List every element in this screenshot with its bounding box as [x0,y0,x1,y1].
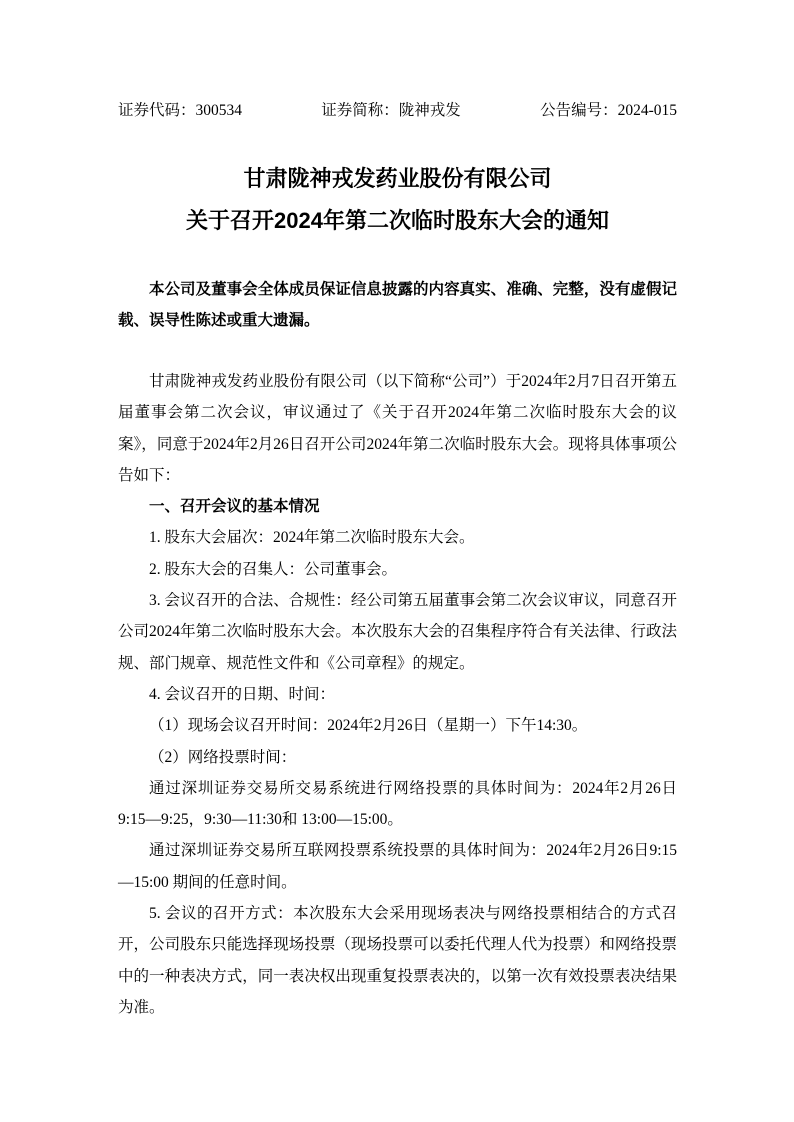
disclaimer-paragraph: 本公司及董事会全体成员保证信息披露的内容真实、准确、完整，没有虚假记载、误导性陈… [118,274,677,337]
company-name-title-line: 甘肃陇神戎发药业股份有限公司 [118,158,677,200]
item-4-1-onsite-meeting-time: （1）现场会议召开时间：2024年2月26日（星期一）下午14:30。 [118,710,677,741]
document-header: 证券代码：300534 证券简称：陇神戎发 公告编号：2024-015 [118,100,677,122]
item-1-meeting-session: 1. 股东大会届次：2024年第二次临时股东大会。 [118,522,677,553]
section-1-heading: 一、召开会议的基本情况 [118,491,677,522]
document-title: 甘肃陇神戎发药业股份有限公司 关于召开2024年第二次临时股东大会的通知 [118,158,677,242]
item-4-2-trading-system-time: 通过深圳证券交易所交易系统进行网络投票的具体时间为：2024年2月26日9:15… [118,773,677,836]
stock-code-label: 证券代码：300534 [118,100,242,122]
stock-name-label: 证券简称：陇神戎发 [321,100,461,122]
intro-paragraph: 甘肃陇神戎发药业股份有限公司（以下简称“公司”）于2024年2月7日召开第五届董… [118,366,677,491]
item-4-2-online-voting-time: （2）网络投票时间： [118,742,677,773]
item-3-legality: 3. 会议召开的合法、合规性：经公司第五届董事会第二次会议审议，同意召开公司20… [118,585,677,679]
announcement-number-label: 公告编号：2024-015 [540,100,677,122]
announcement-page: 证券代码：300534 证券简称：陇神戎发 公告编号：2024-015 甘肃陇神… [0,0,794,1122]
item-4-date-time: 4. 会议召开的日期、时间： [118,679,677,710]
item-4-2-internet-system-time: 通过深圳证券交易所互联网投票系统投票的具体时间为：2024年2月26日9:15—… [118,835,677,898]
item-2-convener: 2. 股东大会的召集人：公司董事会。 [118,554,677,585]
document-body: 甘肃陇神戎发药业股份有限公司（以下简称“公司”）于2024年2月7日召开第五届董… [118,366,677,1023]
notice-subject-title-line: 关于召开2024年第二次临时股东大会的通知 [118,200,677,242]
item-5-meeting-method: 5. 会议的召开方式：本次股东大会采用现场表决与网络投票相结合的方式召开，公司股… [118,898,677,1023]
